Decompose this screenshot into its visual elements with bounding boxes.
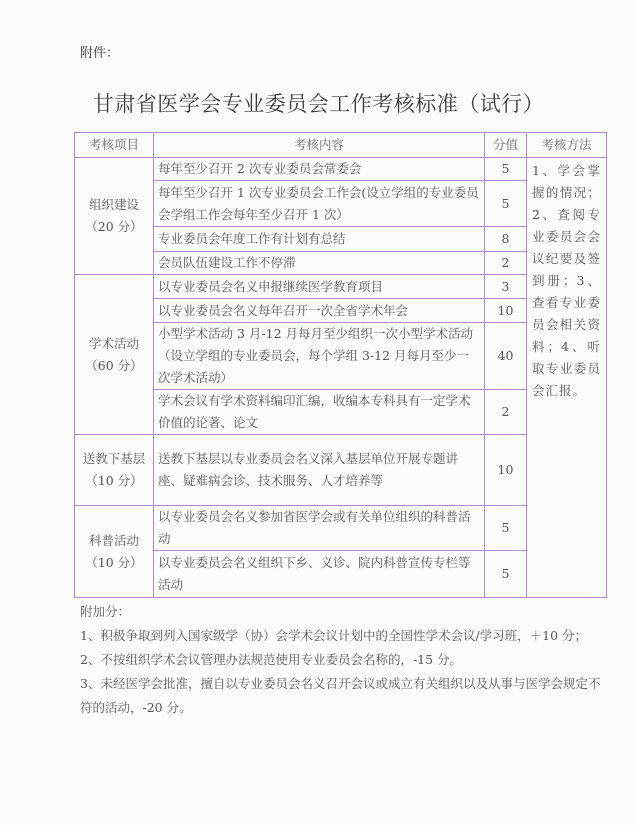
content-cell: 小型学术活动 3 月-12 月每月至少组织一次小型学术活动（设立学组的专业委员会… <box>154 323 485 390</box>
category-name: 组织建设 <box>79 194 149 216</box>
assessment-table: 考核项目 考核内容 分值 考核方法 组织建设（20 分） 每年至少召开 2 次专… <box>74 132 607 598</box>
bonus-item: 1、积极争取到列入国家级学（协）会学术会议计划中的全国性学术会议/学习班，＋10… <box>80 624 610 648</box>
category-points: （20 分） <box>79 216 149 238</box>
header-category: 考核项目 <box>75 133 154 158</box>
category-points: （10 分） <box>79 470 149 492</box>
score-cell: 5 <box>485 158 527 181</box>
method-cell: 1、学会掌握的情况；2、查阅专业委员会会议纪要及签到册；3、查看专业委员会相关资… <box>527 158 607 598</box>
score-cell: 2 <box>485 390 527 435</box>
header-method: 考核方法 <box>527 133 607 158</box>
score-cell: 40 <box>485 323 527 390</box>
bonus-heading: 附加分： <box>80 600 610 624</box>
content-cell: 每年至少召开 1 次专业委员会工作会(设立学组的专业委员会学组工作会每年至少召开… <box>154 181 485 227</box>
table-row: 组织建设（20 分） 每年至少召开 2 次专业委员会常委会 5 1、学会掌握的情… <box>75 158 607 181</box>
content-cell: 以专业委员会名义参加省医学会或有关单位组织的科普活动 <box>154 506 485 551</box>
category-cell: 组织建设（20 分） <box>75 158 154 275</box>
category-cell: 科普活动（10 分） <box>75 506 154 598</box>
category-name: 学术活动 <box>79 333 149 355</box>
table-header-row: 考核项目 考核内容 分值 考核方法 <box>75 133 607 158</box>
content-cell: 学术会议有学术资料编印汇编，收编本专科具有一定学术价值的论著、论文 <box>154 390 485 435</box>
content-cell: 送教下基层以专业委员会名义深入基层单位开展专题讲座、疑难病会诊、技术服务、人才培… <box>154 435 485 506</box>
content-cell: 会员队伍建设工作不停滞 <box>154 252 485 275</box>
score-cell: 8 <box>485 227 527 252</box>
category-name: 科普活动 <box>79 530 149 552</box>
attachment-label: 附件： <box>80 42 119 61</box>
score-cell: 5 <box>485 551 527 598</box>
page-title: 甘肃省医学会专业委员会工作考核标准（试行） <box>0 88 637 118</box>
bonus-section: 附加分： 1、积极争取到列入国家级学（协）会学术会议计划中的全国性学术会议/学习… <box>80 600 610 720</box>
score-cell: 10 <box>485 435 527 506</box>
category-points: （60 分） <box>79 355 149 377</box>
category-cell: 学术活动（60 分） <box>75 275 154 435</box>
content-cell: 以专业委员会名义每年召开一次全省学术年会 <box>154 299 485 323</box>
header-content: 考核内容 <box>154 133 485 158</box>
score-cell: 2 <box>485 252 527 275</box>
bonus-item: 3、未经医学会批准，擅自以专业委员会名义召开会议或成立有关组织以及从事与医学会规… <box>80 672 610 720</box>
category-points: （10 分） <box>79 552 149 574</box>
content-cell: 以专业委员会名义组织下乡、义诊、院内科普宣传专栏等活动 <box>154 551 485 598</box>
score-cell: 10 <box>485 299 527 323</box>
score-cell: 5 <box>485 181 527 227</box>
score-cell: 5 <box>485 506 527 551</box>
bonus-item: 2、不按组织学术会议管理办法规范使用专业委员会名称的，-15 分。 <box>80 648 610 672</box>
content-cell: 每年至少召开 2 次专业委员会常委会 <box>154 158 485 181</box>
score-cell: 3 <box>485 275 527 299</box>
content-cell: 以专业委员会名义申报继续医学教育项目 <box>154 275 485 299</box>
category-cell: 送教下基层（10 分） <box>75 435 154 506</box>
header-score: 分值 <box>485 133 527 158</box>
content-cell: 专业委员会年度工作有计划有总结 <box>154 227 485 252</box>
category-name: 送教下基层 <box>79 448 149 470</box>
